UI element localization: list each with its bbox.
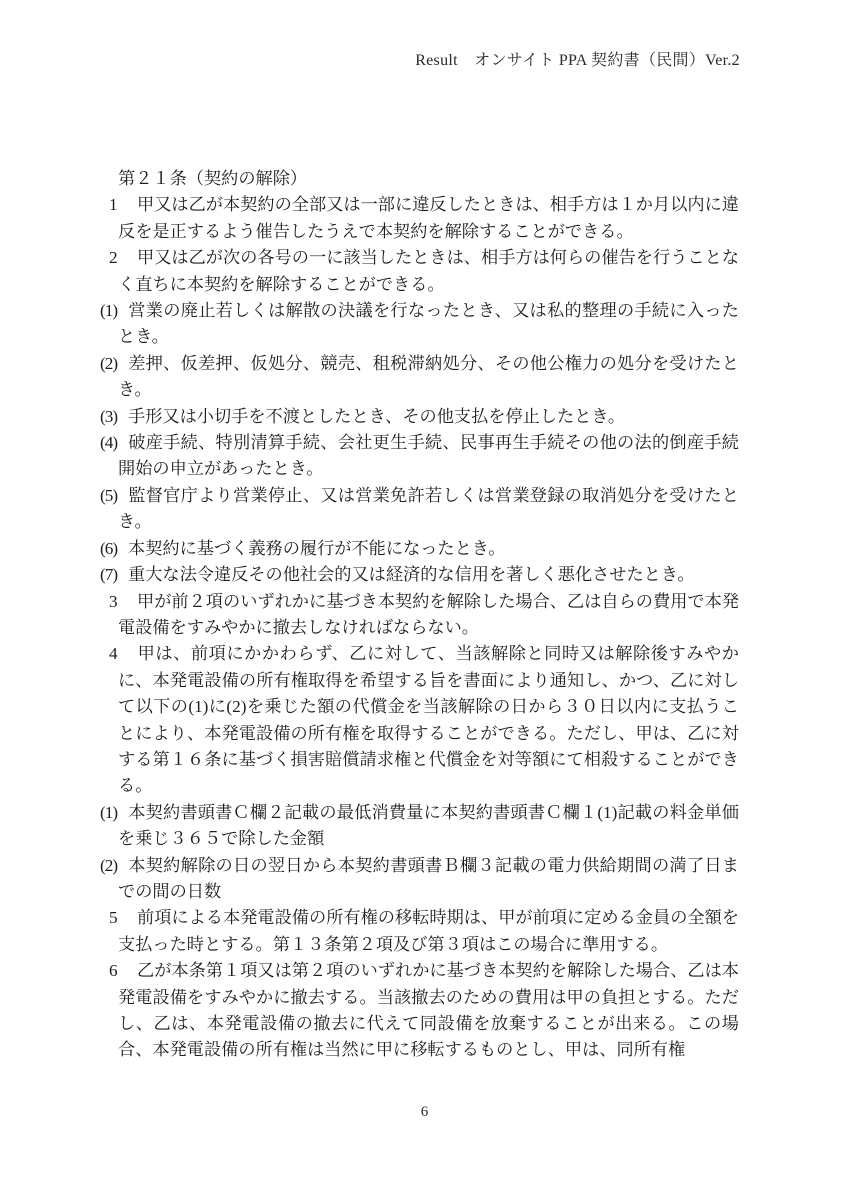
item-number: 5: [109, 905, 137, 931]
subitem-text: 重大な法令違反その他社会的又は経済的な信用を著しく悪化させたとき。: [128, 565, 695, 584]
clause-item-2-sub-6: (6)本契約に基づく義務の履行が不能になったとき。: [118, 536, 739, 562]
item-text: 甲が前２項のいずれかに基づき本契約を解除した場合、乙は自らの費用で本発電設備をす…: [118, 592, 739, 637]
article-title: 第２１条（契約の解除）: [118, 166, 739, 192]
clause-item-2-sub-3: (3)手形又は小切手を不渡としたとき、その他支払を停止したとき。: [118, 404, 739, 430]
subitem-text: 本契約解除の日の翌日から本契約書頭書Ｂ欄３記載の電力供給期間の満了日までの間の日…: [118, 856, 739, 901]
clause-item-2: 2甲又は乙が次の各号の一に該当したときは、相手方は何らの催告を行うことなく直ちに…: [118, 245, 739, 298]
subitem-number: (2): [100, 351, 128, 377]
subitem-number: (1): [100, 298, 128, 324]
clause-item-2-sub-1: (1)営業の廃止若しくは解散の決議を行なったとき、又は私的整理の手続に入ったとき…: [118, 298, 739, 351]
page-number: 6: [0, 1104, 849, 1121]
item-text: 甲は、前項にかかわらず、乙に対して、当該解除と同時又は解除後すみやかに、本発電設…: [118, 644, 739, 795]
clause-item-2-sub-5: (5)監督官庁より営業停止、又は営業免許若しくは営業登録の取消処分を受けたとき。: [118, 483, 739, 536]
clause-item-4-sub-2: (2)本契約解除の日の翌日から本契約書頭書Ｂ欄３記載の電力供給期間の満了日までの…: [118, 853, 739, 906]
item-text: 甲又は乙が本契約の全部又は一部に違反したときは、相手方は１か月以内に違反を是正す…: [118, 195, 739, 240]
document-page: Result オンサイト PPA 契約書（民間）Ver.2 第２１条（契約の解除…: [0, 0, 849, 1200]
subitem-number: (4): [100, 430, 128, 456]
subitem-text: 手形又は小切手を不渡としたとき、その他支払を停止したとき。: [128, 407, 625, 426]
subitem-text: 本契約に基づく義務の履行が不能になったとき。: [128, 539, 505, 558]
clause-item-3: 3甲が前２項のいずれかに基づき本契約を解除した場合、乙は自らの費用で本発電設備を…: [118, 589, 739, 642]
subitem-number: (2): [100, 853, 128, 879]
item-text: 乙が本条第１項又は第２項のいずれかに基づき本契約を解除した場合、乙は本発電設備を…: [118, 961, 739, 1059]
subitem-number: (5): [100, 483, 128, 509]
subitem-number: (3): [100, 404, 128, 430]
item-text: 前項による本発電設備の所有権の移転時期は、甲が前項に定める金員の全額を支払った時…: [118, 908, 739, 953]
subitem-text: 営業の廃止若しくは解散の決議を行なったとき、又は私的整理の手続に入ったとき。: [118, 301, 739, 346]
subitem-number: (7): [100, 562, 128, 588]
clause-item-4: 4甲は、前項にかかわらず、乙に対して、当該解除と同時又は解除後すみやかに、本発電…: [118, 641, 739, 799]
article-body: 第２１条（契約の解除） 1甲又は乙が本契約の全部又は一部に違反したときは、相手方…: [118, 166, 739, 1064]
clause-item-1: 1甲又は乙が本契約の全部又は一部に違反したときは、相手方は１か月以内に違反を是正…: [118, 192, 739, 245]
subitem-text: 破産手続、特別清算手続、会社更生手続、民事再生手続その他の法的倒産手続開始の申立…: [118, 433, 739, 478]
clause-item-4-sub-1: (1)本契約書頭書Ｃ欄２記載の最低消費量に本契約書頭書Ｃ欄１(1)記載の料金単価…: [118, 800, 739, 853]
subitem-text: 監督官庁より営業停止、又は営業免許若しくは営業登録の取消処分を受けたとき。: [118, 486, 739, 531]
item-number: 6: [109, 958, 137, 984]
clause-item-2-sub-4: (4)破産手続、特別清算手続、会社更生手続、民事再生手続その他の法的倒産手続開始…: [118, 430, 739, 483]
document-header-label: Result オンサイト PPA 契約書（民間）Ver.2: [415, 47, 740, 70]
clause-item-5: 5前項による本発電設備の所有権の移転時期は、甲が前項に定める金員の全額を支払った…: [118, 905, 739, 958]
subitem-number: (1): [100, 800, 128, 826]
item-number: 2: [109, 245, 137, 271]
subitem-text: 本契約書頭書Ｃ欄２記載の最低消費量に本契約書頭書Ｃ欄１(1)記載の料金単価を乗じ…: [118, 803, 739, 848]
subitem-text: 差押、仮差押、仮処分、競売、租税滞納処分、その他公権力の処分を受けたとき。: [118, 354, 739, 399]
clause-item-2-sub-2: (2)差押、仮差押、仮処分、競売、租税滞納処分、その他公権力の処分を受けたとき。: [118, 351, 739, 404]
subitem-number: (6): [100, 536, 128, 562]
clause-item-2-sub-7: (7)重大な法令違反その他社会的又は経済的な信用を著しく悪化させたとき。: [118, 562, 739, 588]
item-text: 甲又は乙が次の各号の一に該当したときは、相手方は何らの催告を行うことなく直ちに本…: [118, 248, 739, 293]
item-number: 4: [109, 641, 137, 667]
clause-item-6: 6乙が本条第１項又は第２項のいずれかに基づき本契約を解除した場合、乙は本発電設備…: [118, 958, 739, 1064]
item-number: 3: [109, 589, 137, 615]
item-number: 1: [109, 192, 137, 218]
